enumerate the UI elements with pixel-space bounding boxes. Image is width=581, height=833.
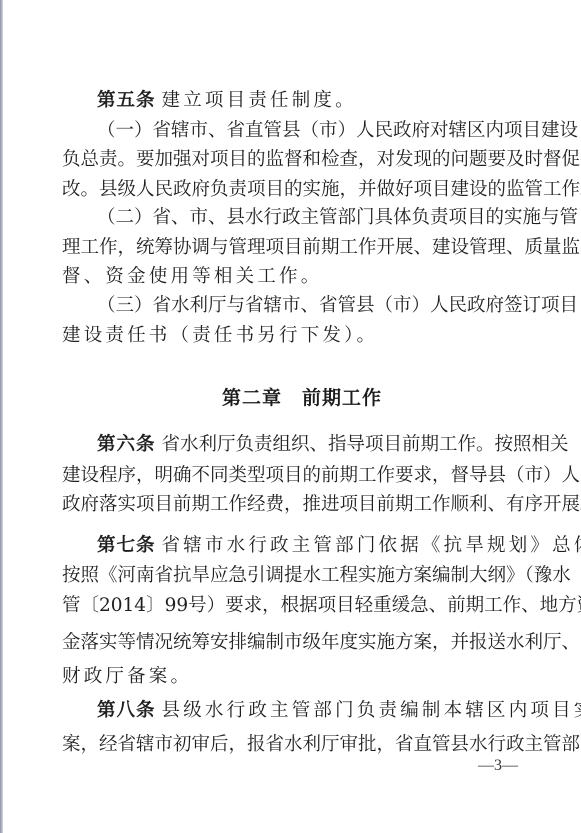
paragraph-line: 案，经省辖市初审后，报省水利厅审批，省直管县水行政主管部: [62, 733, 514, 757]
chapter-heading: 第二章 前期工作: [222, 386, 382, 410]
paragraph-line: 财政厅备案。: [62, 665, 514, 689]
article-7-first-line: 第七条省辖市水行政主管部门依据《抗旱规划》总体安排，: [97, 534, 514, 558]
paragraph-line: （二）省、市、县水行政主管部门具体负责项目的实施与管: [97, 206, 514, 230]
paragraph-line: 建设程序，明确不同类型项目的前期工作要求，督导县（市）人民: [62, 464, 514, 488]
article-label: 第八条: [97, 700, 156, 721]
article-6-first-line: 第六条省水利厅负责组织、指导项目前期工作。按照相关: [97, 433, 514, 457]
paragraph-line: 督、资金使用等相关工作。: [62, 265, 514, 289]
paragraph-line: 金落实等情况统筹安排编制市级年度实施方案，并报送水利厅、: [62, 631, 514, 655]
paragraph-line: 理工作，统筹协调与管理项目前期工作开展、建设管理、质量监: [62, 236, 514, 260]
article-text: 省辖市水行政主管部门依据《抗旱规划》总体安排，: [162, 535, 581, 556]
document-page: 第五条建立项目责任制度。 （一）省辖市、省直管县（市）人民政府对辖区内项目建设 …: [0, 0, 581, 833]
article-label: 第六条: [97, 434, 156, 455]
paragraph-line: （三）省水利厅与省辖市、省管县（市）人民政府签订项目: [97, 294, 514, 318]
article-title: 建立项目责任制度。: [162, 90, 357, 111]
article-label: 第五条: [97, 90, 156, 111]
paragraph-line: 建设责任书（责任书另行下发）。: [62, 324, 514, 348]
paragraph-line: 政府落实项目前期工作经费，推进项目前期工作顺利、有序开展。: [62, 493, 514, 517]
article-label: 第七条: [97, 535, 156, 556]
paragraph-line: 按照《河南省抗旱应急引调提水工程实施方案编制大纲》（豫水: [62, 564, 514, 588]
paragraph-line: 管〔2014〕99号）要求，根据项目轻重缓急、前期工作、地方资: [62, 594, 514, 618]
article-8-first-line: 第八条县级水行政主管部门负责编制本辖区内项目实施方: [97, 699, 514, 723]
article-5-heading: 第五条建立项目责任制度。: [97, 89, 514, 113]
paragraph-line: 负总责。要加强对项目的监督和检查，对发现的问题要及时督促整: [62, 148, 514, 172]
article-text: 省水利厅负责组织、指导项目前期工作。按照相关: [162, 434, 569, 455]
page-number: —3—: [478, 756, 518, 776]
paragraph-line: 改。县级人民政府负责项目的实施，并做好项目建设的监管工作。: [62, 178, 514, 202]
paragraph-line: （一）省辖市、省直管县（市）人民政府对辖区内项目建设: [97, 119, 514, 143]
article-text: 县级水行政主管部门负责编制本辖区内项目实施方: [162, 700, 581, 721]
